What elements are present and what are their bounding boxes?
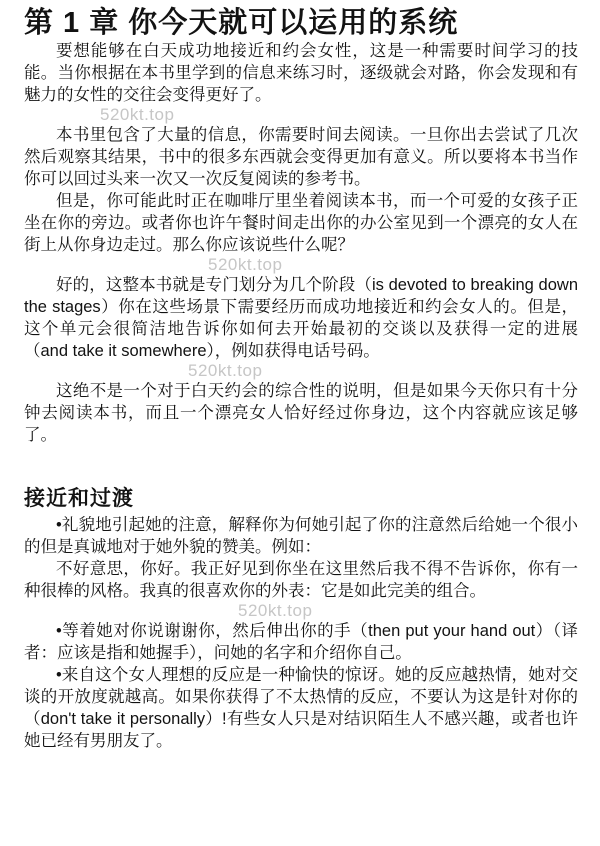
paragraph-book-info: 本书里包含了大量的信息，你需要时间去阅读。一旦你出去尝试了几次然后观察其结果，书… xyxy=(24,124,578,190)
example-dialogue: 不好意思，你好。我正好见到你坐在这里然后我不得不告诉你，你有一种很棒的风格。我真… xyxy=(24,558,578,602)
watermark: 520kt.top xyxy=(100,106,578,124)
paragraph-scenario: 但是，你可能此时正在咖啡厅里坐着阅读本书，而一个可爱的女孩子正坐在你的旁边。或者… xyxy=(24,190,578,256)
document-page: 第 1 章 你今天就可以运用的系统 要想能够在白天成功地接近和约会女性，这是一种… xyxy=(0,0,600,846)
chapter-title: 第 1 章 你今天就可以运用的系统 xyxy=(24,6,578,40)
bullet-item-handshake: •等着她对你说谢谢你，然后伸出你的手（then put your hand ou… xyxy=(24,620,578,664)
paragraph-disclaimer: 这绝不是一个对于白天约会的综合性的说明，但是如果今天你只有十分钟去阅读本书，而且… xyxy=(24,380,578,446)
bullet-item-attention: •礼貌地引起她的注意，解释你为何她引起了你的注意然后给她一个很小的但是真诚地对于… xyxy=(24,514,578,558)
watermark: 520kt.top xyxy=(238,602,578,620)
watermark: 520kt.top xyxy=(188,362,578,380)
bullet-item-reaction: •来自这个女人理想的反应是一种愉快的惊讶。她的反应越热情，她对交谈的开放度就越高… xyxy=(24,664,578,752)
watermark: 520kt.top xyxy=(208,256,578,274)
paragraph-stages: 好的，这整本书就是专门划分为几个阶段（is devoted to breakin… xyxy=(24,274,578,362)
section-heading: 接近和过渡 xyxy=(24,484,578,514)
paragraph-intro: 要想能够在白天成功地接近和约会女性，这是一种需要时间学习的技能。当你根据在本书里… xyxy=(24,40,578,106)
